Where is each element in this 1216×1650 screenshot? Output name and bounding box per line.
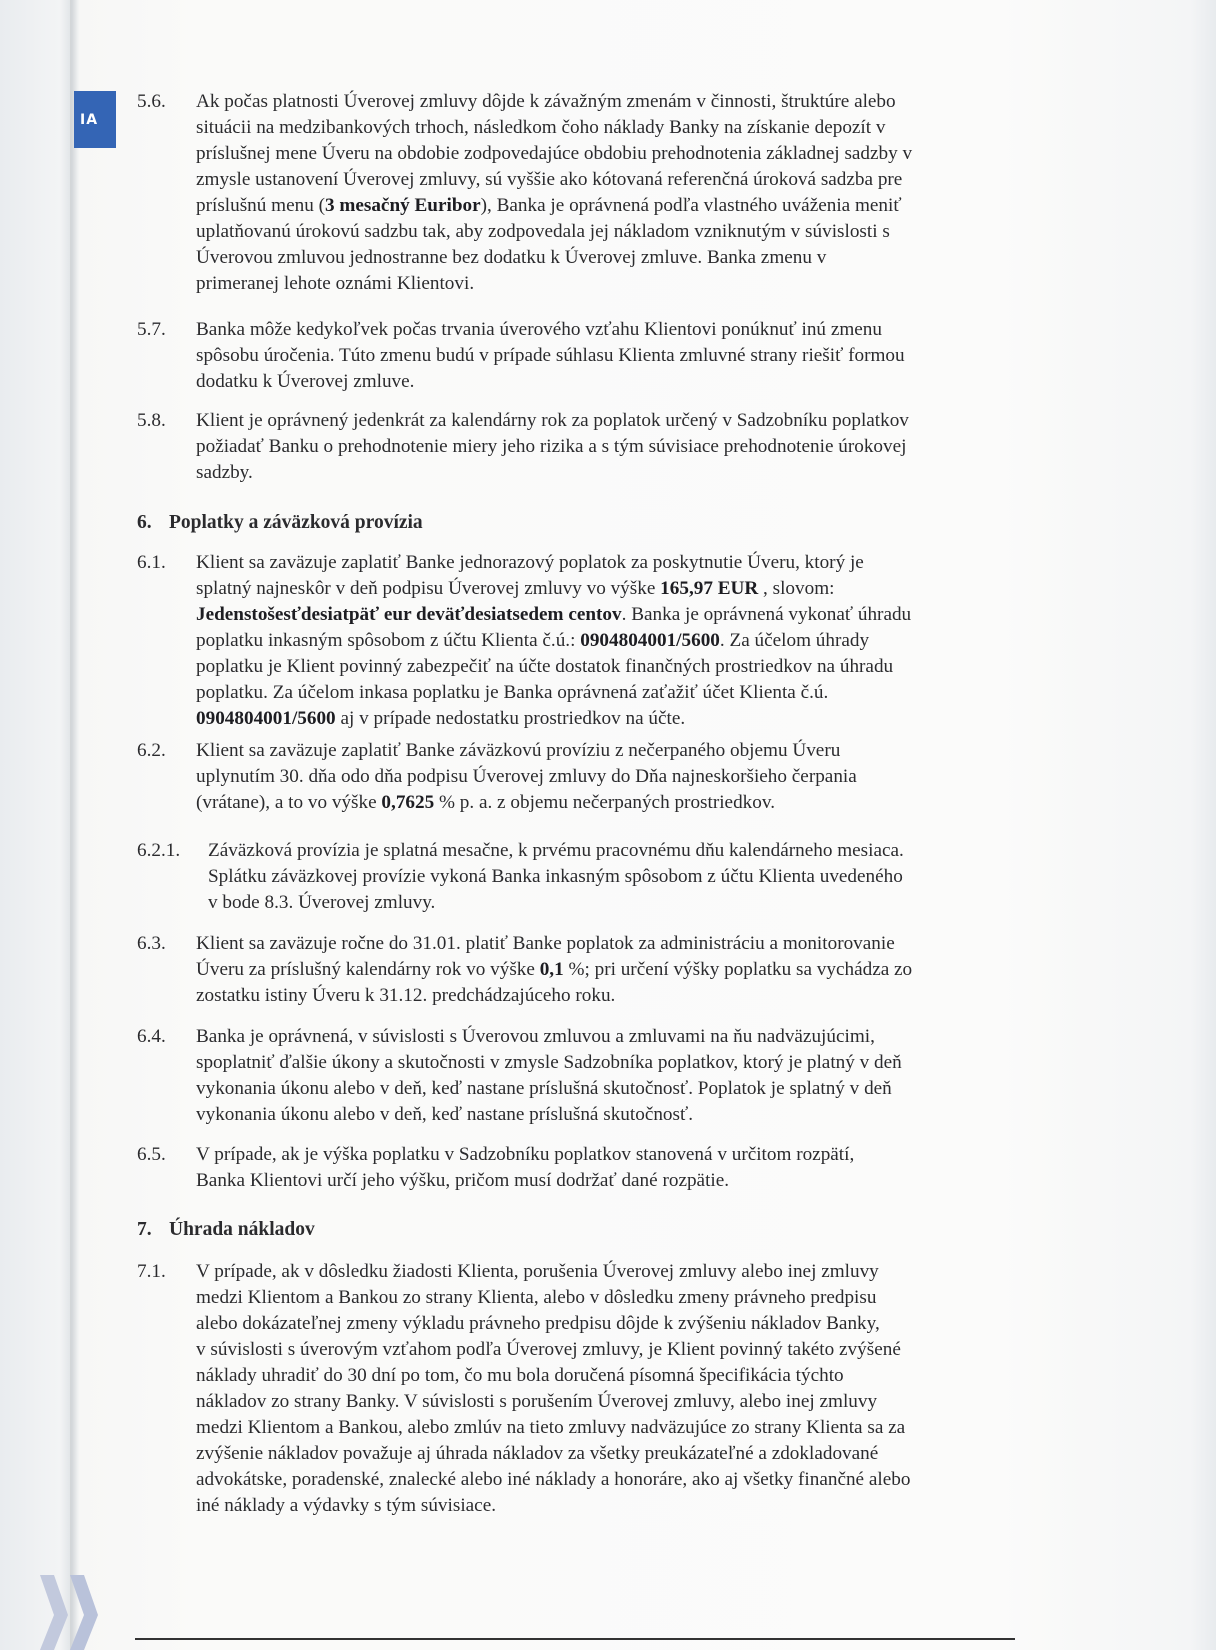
text-line: Úveru za príslušný kalendárny rok vo výš… xyxy=(196,957,1036,983)
text-fragment: aj v prípade nedostatku prostriedkov na … xyxy=(336,708,686,729)
clause-text: V prípade, ak v dôsledku žiadosti Klient… xyxy=(196,1259,1036,1519)
clause-number: 6.2.1. xyxy=(137,838,180,864)
footer-divider xyxy=(135,1638,1015,1640)
text-line: V prípade, ak v dôsledku žiadosti Klient… xyxy=(196,1259,1036,1285)
account-number: 0904804001/5600 xyxy=(580,630,720,651)
clause-number: 6.5. xyxy=(137,1142,166,1168)
text-line: poplatku je Klient povinný zabezpečiť na… xyxy=(196,654,1036,680)
text-line: V prípade, ak je výška poplatku v Sadzob… xyxy=(196,1142,1036,1168)
account-number: 0904804001/5600 xyxy=(196,708,336,729)
bank-logo-tab: IA xyxy=(74,91,116,148)
text-line: zostatku istiny Úveru k 31.12. predchádz… xyxy=(196,983,1036,1009)
page-gutter-shadow xyxy=(70,0,78,1650)
text-fragment: %; pri určení výšky poplatku sa vychádza… xyxy=(564,959,912,980)
admin-fee-rate: 0,1 xyxy=(540,959,564,980)
clause-text: Banka je oprávnená, v súvislosti s Úvero… xyxy=(196,1024,1036,1128)
clause-number: 6.1. xyxy=(137,550,166,576)
text-line: Záväzková provízia je splatná mesačne, k… xyxy=(208,838,1048,864)
commitment-fee-rate: 0,7625 xyxy=(381,792,434,813)
text-line: v súvislosti s úverovým vzťahom podľa Úv… xyxy=(196,1337,1036,1363)
text-line: nákladov zo strany Banky. V súvislosti s… xyxy=(196,1389,1036,1415)
text-line: poplatku inkasným spôsobom z účtu Klient… xyxy=(196,628,1036,654)
text-line: sadzby. xyxy=(196,460,1036,486)
clause-text: Klient sa zaväzuje ročne do 31.01. plati… xyxy=(196,931,1036,1009)
text-line: alebo dokázateľnej zmeny výkladu právneh… xyxy=(196,1311,1036,1337)
clause-text: Banka môže kedykoľvek počas trvania úver… xyxy=(196,317,1036,395)
text-fragment: , slovom: xyxy=(758,578,834,599)
reference-rate: 3 mesačný Euribor xyxy=(325,195,481,216)
clause-number: 6.2. xyxy=(137,738,166,764)
text-line: spoplatniť ďalšie úkony a skutočnosti v … xyxy=(196,1050,1036,1076)
fee-amount: 165,97 EUR xyxy=(660,578,758,599)
text-line: vykonania úkonu alebo v deň, keď nastane… xyxy=(196,1076,1036,1102)
text-line: zmysle ustanovení Úverovej zmluvy, sú vy… xyxy=(196,167,1036,193)
text-line: primeranej lehote oznámi Klientovi. xyxy=(196,271,1036,297)
text-line: požiadať Banku o prehodnotenie miery jeh… xyxy=(196,434,1036,460)
text-fragment: príslušnú menu ( xyxy=(196,195,325,216)
logo-text: IA xyxy=(80,112,98,128)
clause-text: Klient je oprávnený jedenkrát za kalendá… xyxy=(196,408,1036,486)
text-line: Úverovou zmluvou jednostranne bez dodatk… xyxy=(196,245,1036,271)
heading-title: Poplatky a záväzková provízia xyxy=(169,512,423,533)
text-fragment: ), Banka je oprávnená podľa vlastného uv… xyxy=(481,195,902,216)
clause-number: 7.1. xyxy=(137,1259,166,1285)
text-line: (vrátane), a to vo výške 0,7625 % p. a. … xyxy=(196,790,1036,816)
clause-text: Klient sa zaväzuje zaplatiť Banke záväzk… xyxy=(196,738,1036,816)
text-line: poplatku. Za účelom inkasa poplatku je B… xyxy=(196,680,1036,706)
text-line: Ak počas platnosti Úverovej zmluvy dôjde… xyxy=(196,89,1036,115)
text-line: 0904804001/5600 aj v prípade nedostatku … xyxy=(196,706,1036,732)
section-heading-6: 6.Poplatky a záväzková provízia xyxy=(137,512,423,534)
clause-text: V prípade, ak je výška poplatku v Sadzob… xyxy=(196,1142,1036,1194)
text-line: uplatňovanú úrokovú sadzbu tak, aby zodp… xyxy=(196,219,1036,245)
text-fragment: (vrátane), a to vo výške xyxy=(196,792,381,813)
text-line: príslušnej mene Úveru na obdobie zodpove… xyxy=(196,141,1036,167)
text-line: situácii na medzibankových trhoch, násle… xyxy=(196,115,1036,141)
text-fragment: . Za účelom úhrady xyxy=(720,630,869,651)
text-line: advokátske, poradenské, znalecké alebo i… xyxy=(196,1467,1036,1493)
text-fragment: % p. a. z objemu nečerpaných prostriedko… xyxy=(434,792,775,813)
text-line: Klient je oprávnený jedenkrát za kalendá… xyxy=(196,408,1036,434)
text-line: Klient sa zaväzuje zaplatiť Banke jednor… xyxy=(196,550,1036,576)
text-line: uplynutím 30. dňa odo dňa podpisu Úverov… xyxy=(196,764,1036,790)
text-line: Banka je oprávnená, v súvislosti s Úvero… xyxy=(196,1024,1036,1050)
chevron-decoration-icon xyxy=(30,1575,110,1650)
clause-number: 6.4. xyxy=(137,1024,166,1050)
heading-title: Úhrada nákladov xyxy=(169,1219,315,1240)
heading-number: 6. xyxy=(137,512,169,534)
text-fragment: poplatku inkasným spôsobom z účtu Klient… xyxy=(196,630,580,651)
clause-number: 5.6. xyxy=(137,89,166,115)
clause-text: Záväzková provízia je splatná mesačne, k… xyxy=(208,838,1048,916)
clause-text: Klient sa zaväzuje zaplatiť Banke jednor… xyxy=(196,550,1036,732)
text-line: medzi Klientom a Bankou, alebo zmlúv na … xyxy=(196,1415,1036,1441)
text-line: náklady uhradiť do 30 dní po tom, čo mu … xyxy=(196,1363,1036,1389)
clause-number: 5.7. xyxy=(137,317,166,343)
text-line: dodatku k Úverovej zmluve. xyxy=(196,369,1036,395)
text-fragment: . Banka je oprávnená vykonať úhradu xyxy=(622,604,912,625)
text-line: spôsobu úročenia. Túto zmenu budú v príp… xyxy=(196,343,1036,369)
clause-number: 6.3. xyxy=(137,931,166,957)
text-line: Jedenstošesťdesiatpäť eur deväťdesiatsed… xyxy=(196,602,1036,628)
text-line: príslušnú menu (3 mesačný Euribor), Bank… xyxy=(196,193,1036,219)
clause-number: 5.8. xyxy=(137,408,166,434)
text-line: v bode 8.3. Úverovej zmluvy. xyxy=(208,890,1048,916)
text-line: Splátku záväzkovej provízie vykoná Banka… xyxy=(208,864,1048,890)
text-line: Banka môže kedykoľvek počas trvania úver… xyxy=(196,317,1036,343)
text-line: Banka Klientovi určí jeho výšku, pričom … xyxy=(196,1168,1036,1194)
text-fragment: splatný najneskôr v deň podpisu Úverovej… xyxy=(196,578,660,599)
text-line: zvýšenie nákladov považuje aj úhrada nák… xyxy=(196,1441,1036,1467)
text-line: Klient sa zaväzuje zaplatiť Banke záväzk… xyxy=(196,738,1036,764)
text-line: iné náklady a výdavky s tým súvisiace. xyxy=(196,1493,1036,1519)
text-line: medzi Klientom a Bankou zo strany Klient… xyxy=(196,1285,1036,1311)
text-line: splatný najneskôr v deň podpisu Úverovej… xyxy=(196,576,1036,602)
heading-number: 7. xyxy=(137,1219,169,1241)
text-line: vykonania úkonu alebo v deň, keď nastane… xyxy=(196,1102,1036,1128)
fee-in-words: Jedenstošesťdesiatpäť eur deväťdesiatsed… xyxy=(196,604,622,625)
text-line: Klient sa zaväzuje ročne do 31.01. plati… xyxy=(196,931,1036,957)
text-fragment: Úveru za príslušný kalendárny rok vo výš… xyxy=(196,959,540,980)
clause-text: Ak počas platnosti Úverovej zmluvy dôjde… xyxy=(196,89,1036,297)
section-heading-7: 7.Úhrada nákladov xyxy=(137,1219,315,1241)
